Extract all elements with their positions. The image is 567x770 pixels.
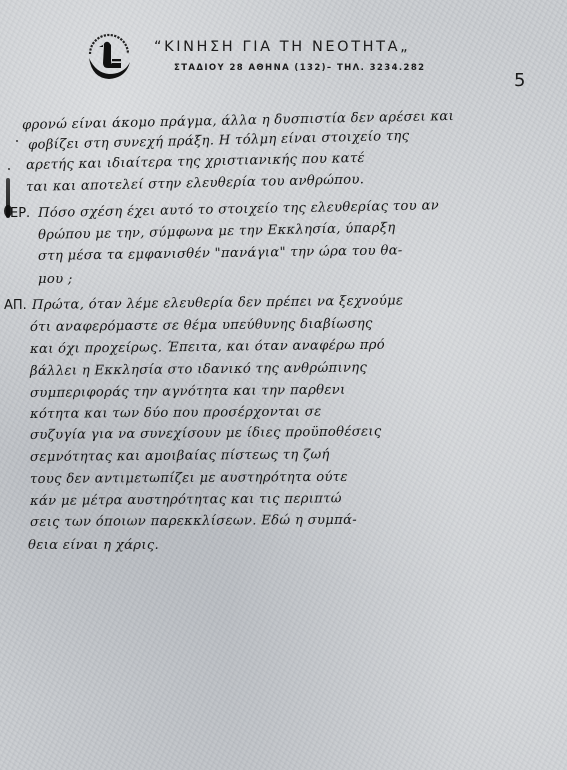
- margin-dot: [16, 140, 18, 142]
- answer-line: τους δεν αντιμετωπίζει με αυστηρότητα ού…: [30, 470, 348, 487]
- letterhead: “ΚΙΝΗΣΗ ΓΙΑ ΤΗ ΝΕΟΤΗΤΑ„ ΣΤΑΔΙΟΥ 28 ΑΘΗΝΑ…: [84, 22, 504, 92]
- question-line: μου ;: [38, 272, 73, 287]
- text-line: αρετής και ιδιαίτερα της χριστιανικής πο…: [26, 151, 365, 173]
- text-line: φοβίζει στη συνεχή πράξη. Η τόλμη είναι …: [28, 129, 410, 153]
- answer-line: κάν με μέτρα αυστηρότητας και τις περιπτ…: [30, 491, 342, 509]
- question-label: ΕΡ.: [10, 206, 30, 221]
- question-line: θρώπου με την, σύμφωνα με την Εκκλησία, …: [38, 221, 396, 243]
- question-line: στη μέσα τα εμφανισθέν "πανάγια" την ώρα…: [38, 243, 403, 264]
- scanned-page: “ΚΙΝΗΣΗ ΓΙΑ ΤΗ ΝΕΟΤΗΤΑ„ ΣΤΑΔΙΟΥ 28 ΑΘΗΝΑ…: [0, 0, 567, 770]
- answer-line: ότι αναφερόμαστε σε θέμα υπεύθυνης διαβί…: [30, 316, 373, 335]
- answer-label: ΑΠ.: [4, 298, 27, 313]
- organization-name: “ΚΙΝΗΣΗ ΓΙΑ ΤΗ ΝΕΟΤΗΤΑ„: [154, 39, 410, 55]
- answer-line: σεις των όποιων παρεκκλίσεων. Εδώ η συμπ…: [30, 513, 357, 530]
- answer-line: και όχι προχείρως. Έπειτα, και όταν αναφ…: [30, 338, 385, 357]
- answer-line: Πρώτα, όταν λέμε ελευθερία δεν πρέπει να…: [32, 293, 404, 313]
- margin-dot: [8, 168, 10, 170]
- text-line: ται και αποτελεί στην ελευθερία του ανθρ…: [26, 172, 365, 195]
- organization-address: ΣΤΑΔΙΟΥ 28 ΑΘΗΝΑ (132)– ΤΗΛ. 3234.282: [174, 63, 425, 73]
- answer-line: κότητα και των δύο που προσέρχονται σε: [30, 404, 322, 422]
- answer-line: συζυγία για να συνεχίσουν με ίδιες προϋπ…: [30, 424, 382, 443]
- answer-line: συμπεριφοράς την αγνότητα και την παρθεν…: [30, 383, 346, 401]
- question-line: Πόσο σχέση έχει αυτό το στοιχείο της ελε…: [38, 198, 439, 221]
- page-number: 5: [514, 70, 525, 91]
- bird-emblem-icon: [84, 28, 134, 82]
- answer-line: σεμνότητας και αμοιβαίας πίστεως τη ζωή: [30, 447, 330, 465]
- answer-line: θεια είναι η χάρις.: [28, 538, 159, 553]
- answer-line: βάλλει η Εκκλησία στο ιδανικό της ανθρώπ…: [30, 360, 367, 379]
